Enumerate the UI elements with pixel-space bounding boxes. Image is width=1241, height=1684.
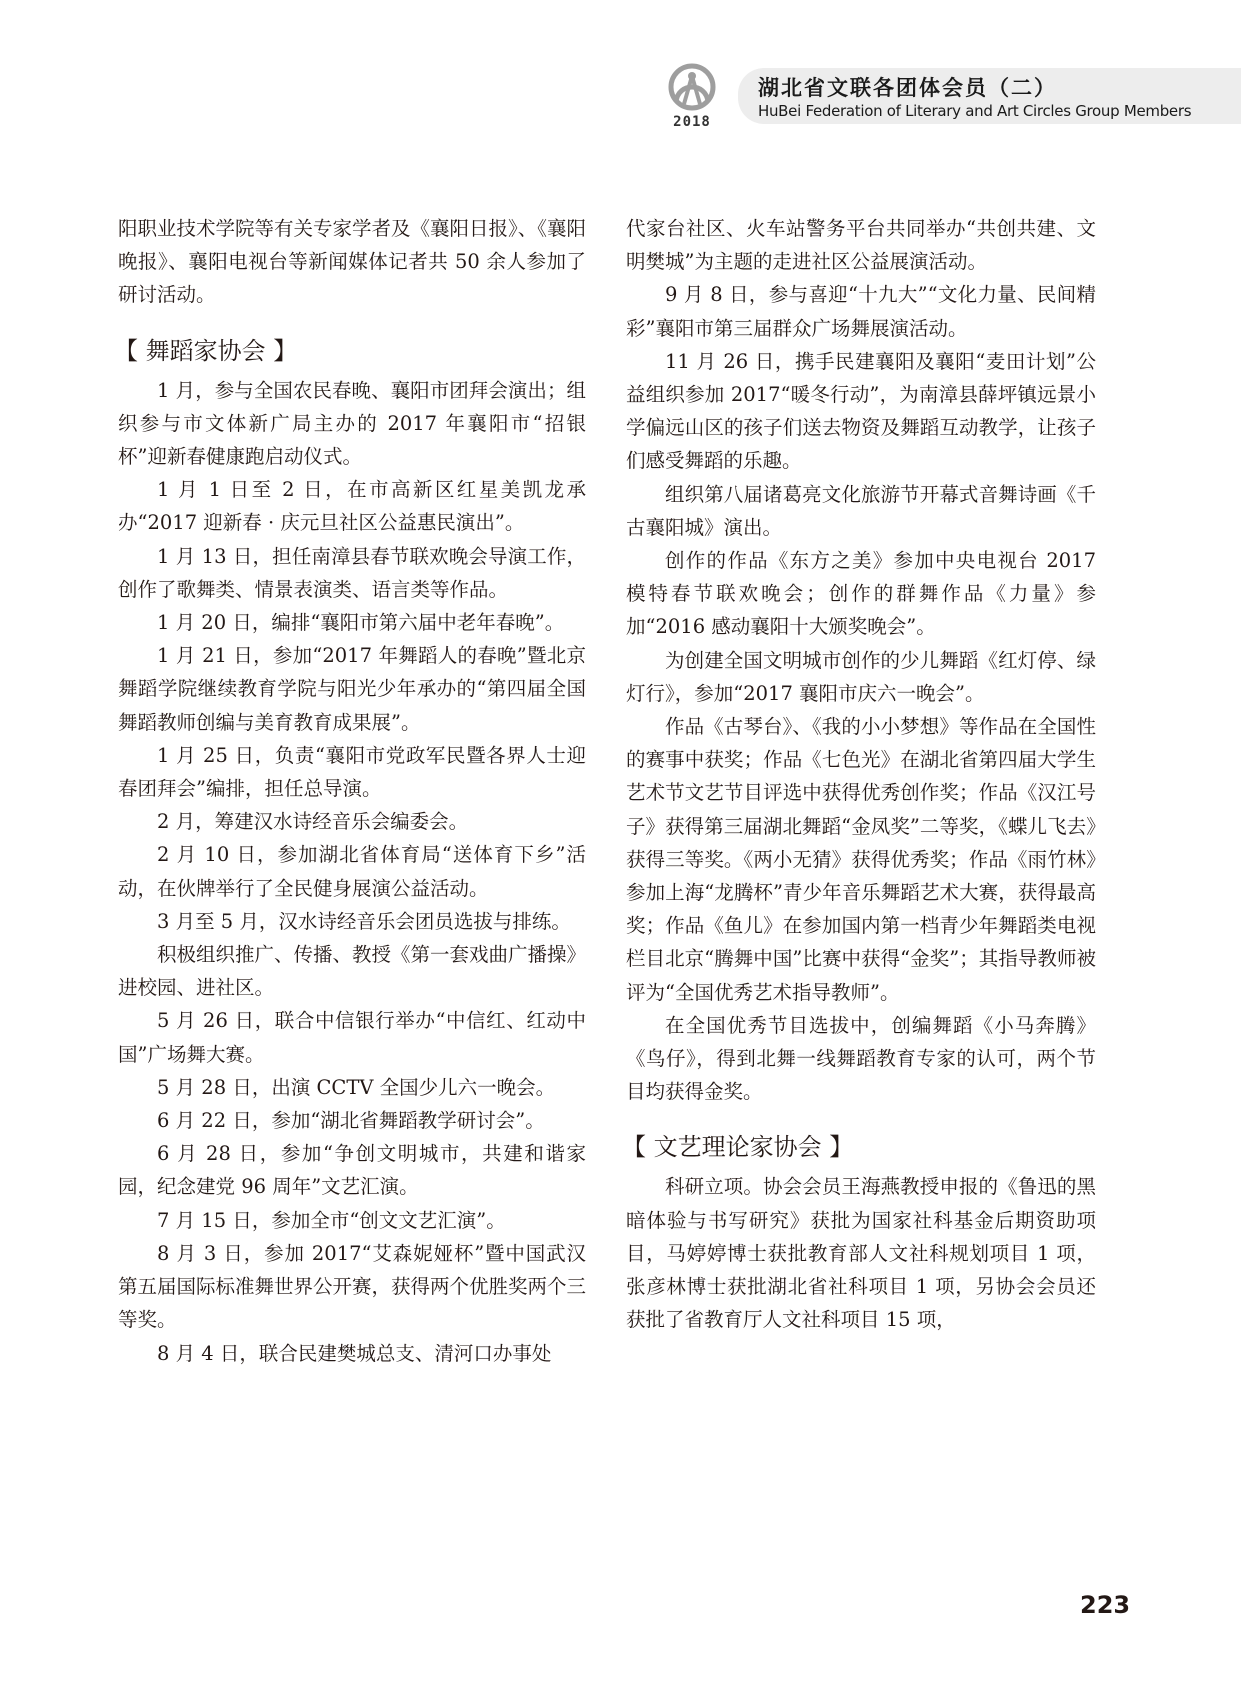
paragraph: 1 月 1 日至 2 日，在市高新区红星美凯龙承办“2017 迎新春 · 庆元旦…: [118, 473, 586, 539]
section-title-literary-theorists-association: 【 文艺理论家协会 】: [622, 1130, 1096, 1164]
paragraph: 1 月 13 日，担任南漳县春节联欢晚会导演工作，创作了歌舞类、情景表演类、语言…: [118, 540, 586, 606]
paragraph: 科研立项。协会会员王海燕教授申报的《鲁迅的黑暗体验与书写研究》获批为国家社科基金…: [626, 1170, 1096, 1336]
continuation-paragraph: 代家台社区、火车站警务平台共同举办“共创共建、文明樊城”为主题的走进社区公益展演…: [626, 212, 1096, 278]
header-subtitle: HuBei Federation of Literary and Art Cir…: [758, 102, 1191, 120]
paragraph: 1 月 25 日，负责“襄阳市党政军民暨各界人士迎春团拜会”编排，担任总导演。: [118, 739, 586, 805]
running-header: 2018 湖北省文联各团体会员（二） HuBei Federation of L…: [660, 62, 1241, 130]
header-title: 湖北省文联各团体会员（二）: [758, 72, 1057, 102]
paragraph: 3 月至 5 月，汉水诗经音乐会团员选拔与排练。: [118, 905, 586, 938]
paragraph: 作品《古琴台》、《我的小小梦想》等作品在全国性的赛事中获奖；作品《七色光》在湖北…: [626, 710, 1096, 1009]
paragraph: 8 月 3 日，参加 2017“艾森妮娅杯”暨中国武汉第五届国际标准舞世界公开赛…: [118, 1237, 586, 1337]
paragraph: 2 月 10 日，参加湖北省体育局“送体育下乡”活动，在伙牌举行了全民健身展演公…: [118, 838, 586, 904]
paragraph: 8 月 4 日，联合民建樊城总支、清河口办事处: [118, 1337, 586, 1370]
paragraph: 2 月，筹建汉水诗经音乐会编委会。: [118, 805, 586, 838]
paragraph: 11 月 26 日，携手民建襄阳及襄阳“麦田计划”公益组织参加 2017“暖冬行…: [626, 345, 1096, 478]
intro-paragraph: 阳职业技术学院等有关专家学者及《襄阳日报》、《襄阳晚报》、襄阳电视台等新闻媒体记…: [118, 212, 586, 312]
logo-year: 2018: [660, 114, 724, 130]
paragraph: 1 月 20 日，编排“襄阳市第六届中老年春晚”。: [118, 606, 586, 639]
paragraph: 1 月 21 日，参加“2017 年舞蹈人的春晚”暨北京舞蹈学院继续教育学院与阳…: [118, 639, 586, 739]
paragraph: 6 月 22 日，参加“湖北省舞蹈教学研讨会”。: [118, 1104, 586, 1137]
paragraph: 1 月，参与全国农民春晚、襄阳市团拜会演出；组织参与市文体新广局主办的 2017…: [118, 374, 586, 474]
paragraph: 5 月 26 日，联合中信银行举办“中信红、红动中国”广场舞大赛。: [118, 1004, 586, 1070]
paragraph: 7 月 15 日，参加全市“创文文艺汇演”。: [118, 1204, 586, 1237]
right-column: 代家台社区、火车站警务平台共同举办“共创共建、文明樊城”为主题的走进社区公益展演…: [626, 212, 1096, 1337]
paragraph: 创作的作品《东方之美》参加中央电视台 2017 模特春节联欢晚会；创作的群舞作品…: [626, 544, 1096, 644]
paragraph: 6 月 28 日，参加“争创文明城市，共建和谐家园，纪念建党 96 周年”文艺汇…: [118, 1137, 586, 1203]
section-title-dance-association: 【 舞蹈家协会 】: [114, 334, 586, 368]
paragraph: 积极组织推广、传播、教授《第一套戏曲广播操》进校园、进社区。: [118, 938, 586, 1004]
paragraph: 5 月 28 日，出演 CCTV 全国少儿六一晚会。: [118, 1071, 586, 1104]
paragraph: 在全国优秀节目选拔中，创编舞蹈《小马奔腾》《鸟仔》，得到北舞一线舞蹈教育专家的认…: [626, 1009, 1096, 1109]
paragraph: 组织第八届诸葛亮文化旅游节开幕式音舞诗画《千古襄阳城》演出。: [626, 478, 1096, 544]
paragraph: 9 月 8 日，参与喜迎“十九大”“文化力量、民间精彩”襄阳市第三届群众广场舞展…: [626, 278, 1096, 344]
left-column: 阳职业技术学院等有关专家学者及《襄阳日报》、《襄阳晚报》、襄阳电视台等新闻媒体记…: [118, 212, 586, 1370]
page-number: 223: [1080, 1591, 1130, 1619]
paragraph: 为创建全国文明城市创作的少儿舞蹈《红灯停、绿灯行》，参加“2017 襄阳市庆六一…: [626, 644, 1096, 710]
